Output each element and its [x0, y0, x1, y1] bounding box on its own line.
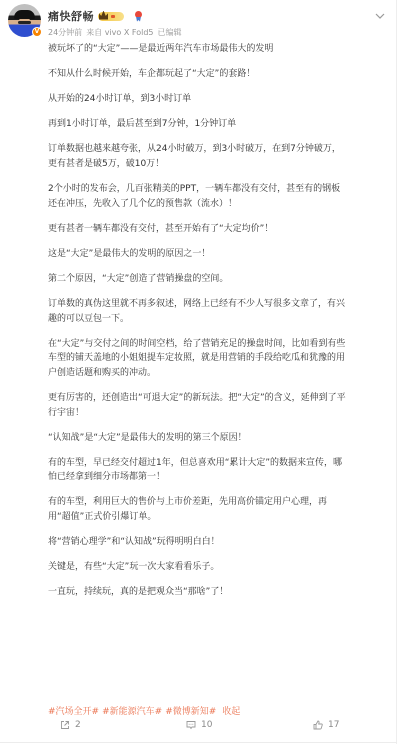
- post-paragraph: 在“大定”与交付之间的时间空档，给了营销充足的操盘时间，比如看到有些车型的铺天盖…: [48, 337, 348, 381]
- topic-tags: #汽场全开# #新能源汽车# #微博新知# 收起: [48, 704, 240, 717]
- post-paragraph: 2个小时的发布会，几百张精美的PPT，一辆车都没有交付，甚至有的钢板还在冲压，先…: [48, 182, 348, 211]
- post-paragraph: 从开始的24小时订单，到3小时订单: [48, 92, 348, 107]
- post-paragraph: 订单数的真伪这里就不再多叙述，网络上已经有不少人写很多文章了，有兴趣的可以豆包一…: [48, 297, 348, 326]
- post-paragraph: 一直玩，持续玩，真的是把观众当“那啥”了！: [48, 585, 348, 600]
- edited-label[interactable]: 已编辑: [157, 27, 181, 38]
- topic-link[interactable]: #微博新知#: [165, 704, 216, 717]
- share-icon: [60, 720, 70, 730]
- post-paragraph: 订单数据也越来越夸张，从24小时破万，到3小时破万，在到7分钟破万，更有甚者是破…: [48, 142, 348, 171]
- post-header: V 痛快舒畅 24分钟前 来自 vivo X Fold5 已编辑: [0, 0, 397, 42]
- repost-button[interactable]: 2: [60, 720, 81, 730]
- post-paragraph: 更有厉害的，还创造出“可退大定”的新玩法。把“大定”的含义，延伸到了平行宇宙！: [48, 391, 348, 420]
- post-source: 来自 vivo X Fold5: [86, 27, 153, 38]
- divider: [0, 742, 397, 743]
- author-row: 痛快舒畅: [48, 9, 143, 23]
- author-name[interactable]: 痛快舒畅: [48, 8, 94, 24]
- post-paragraph: 这是“大定”是最伟大的发明的原因之一！: [48, 247, 348, 262]
- weibo-post-card: V 痛快舒畅 24分钟前 来自 vivo X Fold5 已编辑 被玩坏了的“大…: [0, 0, 397, 744]
- avatar-hat: [14, 10, 35, 19]
- vip-crown-icon[interactable]: [98, 12, 124, 21]
- comment-button[interactable]: 10: [186, 720, 212, 730]
- repost-count: 2: [75, 720, 81, 730]
- medal-icon[interactable]: [134, 11, 143, 22]
- post-time[interactable]: 24分钟前: [48, 27, 82, 38]
- post-paragraph: 有的车型，利用巨大的售价与上市价差距，先用高价锚定用户心理，再用“超值”正式价引…: [48, 495, 348, 524]
- avatar-glasses: [18, 21, 31, 24]
- post-paragraph: 再到1小时订单，最后甚至到7分钟，1分钟订单: [48, 117, 348, 132]
- verified-icon: V: [32, 27, 42, 37]
- post-paragraph: 被玩坏了的“大定”——是最近两年汽车市场最伟大的发明: [48, 42, 348, 57]
- topic-link[interactable]: #新能源汽车#: [102, 704, 162, 717]
- post-paragraph: 第二个原因，“大定”创造了营销操盘的空间。: [48, 272, 348, 287]
- comment-count: 10: [201, 720, 212, 730]
- post-content: 被玩坏了的“大定”——是最近两年汽车市场最伟大的发明 不知从什么时候开始，车企都…: [48, 42, 348, 610]
- comment-icon: [186, 720, 196, 730]
- post-paragraph: 更有甚者一辆车都没有交付，甚至开始有了“大定均价”！: [48, 222, 348, 237]
- post-paragraph: 关键是，有些“大定”玩一次大家看看乐子。: [48, 560, 348, 575]
- thumbs-up-icon: [313, 720, 323, 730]
- chevron-down-icon[interactable]: [375, 4, 385, 10]
- collapse-link[interactable]: 收起: [222, 704, 240, 717]
- post-meta: 24分钟前 来自 vivo X Fold5 已编辑: [48, 27, 181, 38]
- like-count: 17: [328, 720, 339, 730]
- topic-link[interactable]: #汽场全开#: [48, 704, 99, 717]
- action-bar: 2 10 17: [0, 718, 397, 740]
- post-paragraph: 有的车型，早已经交付超过1年，但总喜欢用“累计大定”的数据来宣传，哪怕已经拿到细…: [48, 456, 348, 485]
- post-paragraph: 将“营销心理学”和“认知战”玩得明明白白！: [48, 535, 348, 550]
- post-paragraph: 不知从什么时候开始，车企都玩起了“大定”的套路！: [48, 67, 348, 82]
- post-paragraph: “认知战”是“大定”是最伟大的发明的第三个原因！: [48, 431, 348, 446]
- like-button[interactable]: 17: [313, 720, 339, 730]
